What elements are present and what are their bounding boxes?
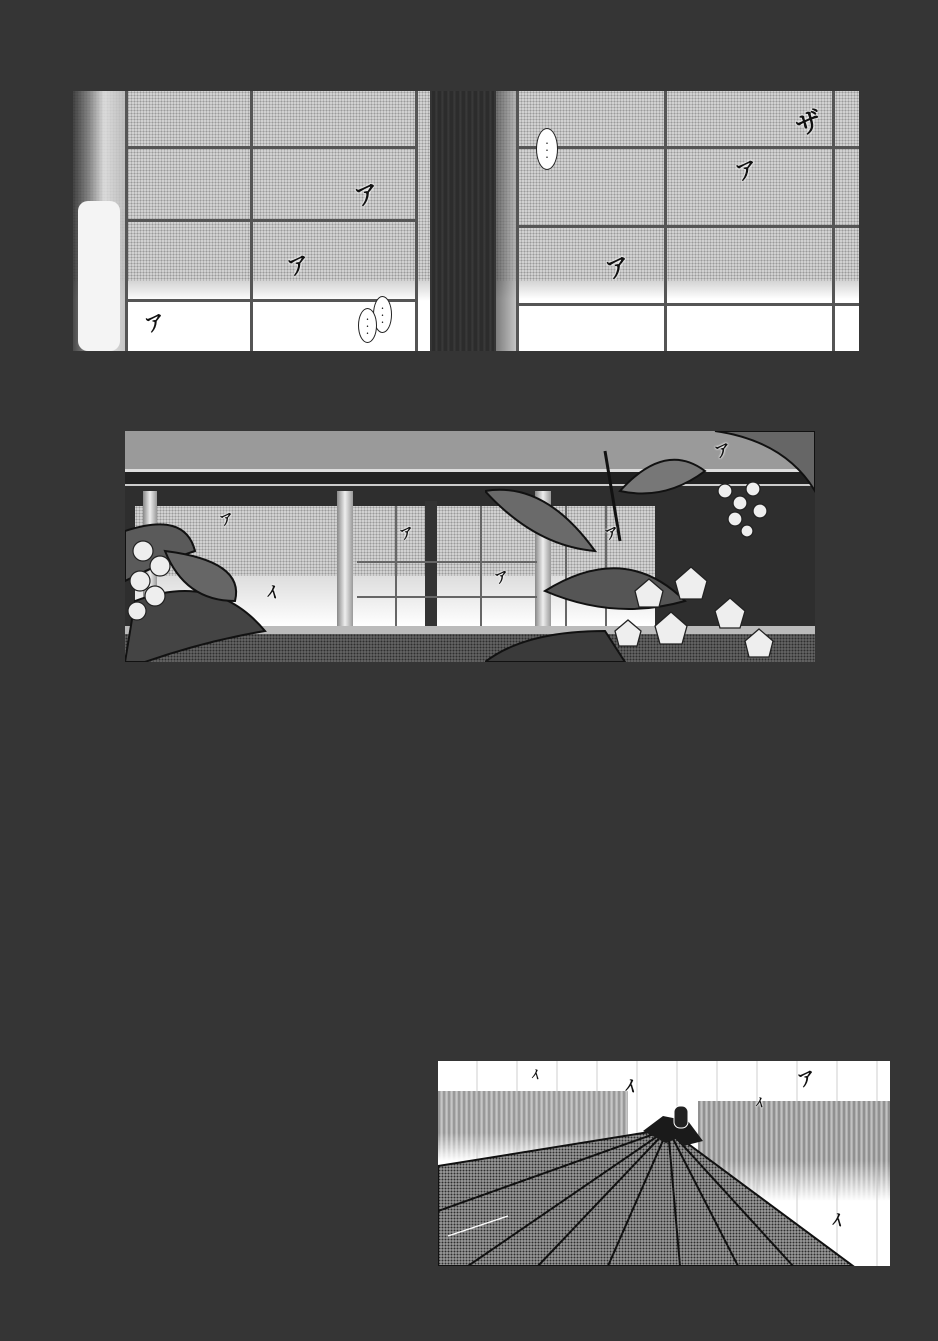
panel-shoji-left: ア ア ア ・・・ ・・・ [73,91,430,351]
panel-shoji-right: ザ ア ア ・・・ [496,91,859,351]
speech-bubble: ・・・ [358,308,377,343]
hydrangea-left [125,491,285,662]
sfx-rain: ア [142,310,167,335]
dark-pillar [432,91,494,351]
hydrangea-right [485,431,815,662]
speech-bubble: ・・・ [536,128,558,170]
panel-rooftop: イ イ イ ア イ [438,1061,890,1266]
panel-veranda: ア ア ア ア イ ア [125,431,815,662]
roof [438,1061,890,1266]
